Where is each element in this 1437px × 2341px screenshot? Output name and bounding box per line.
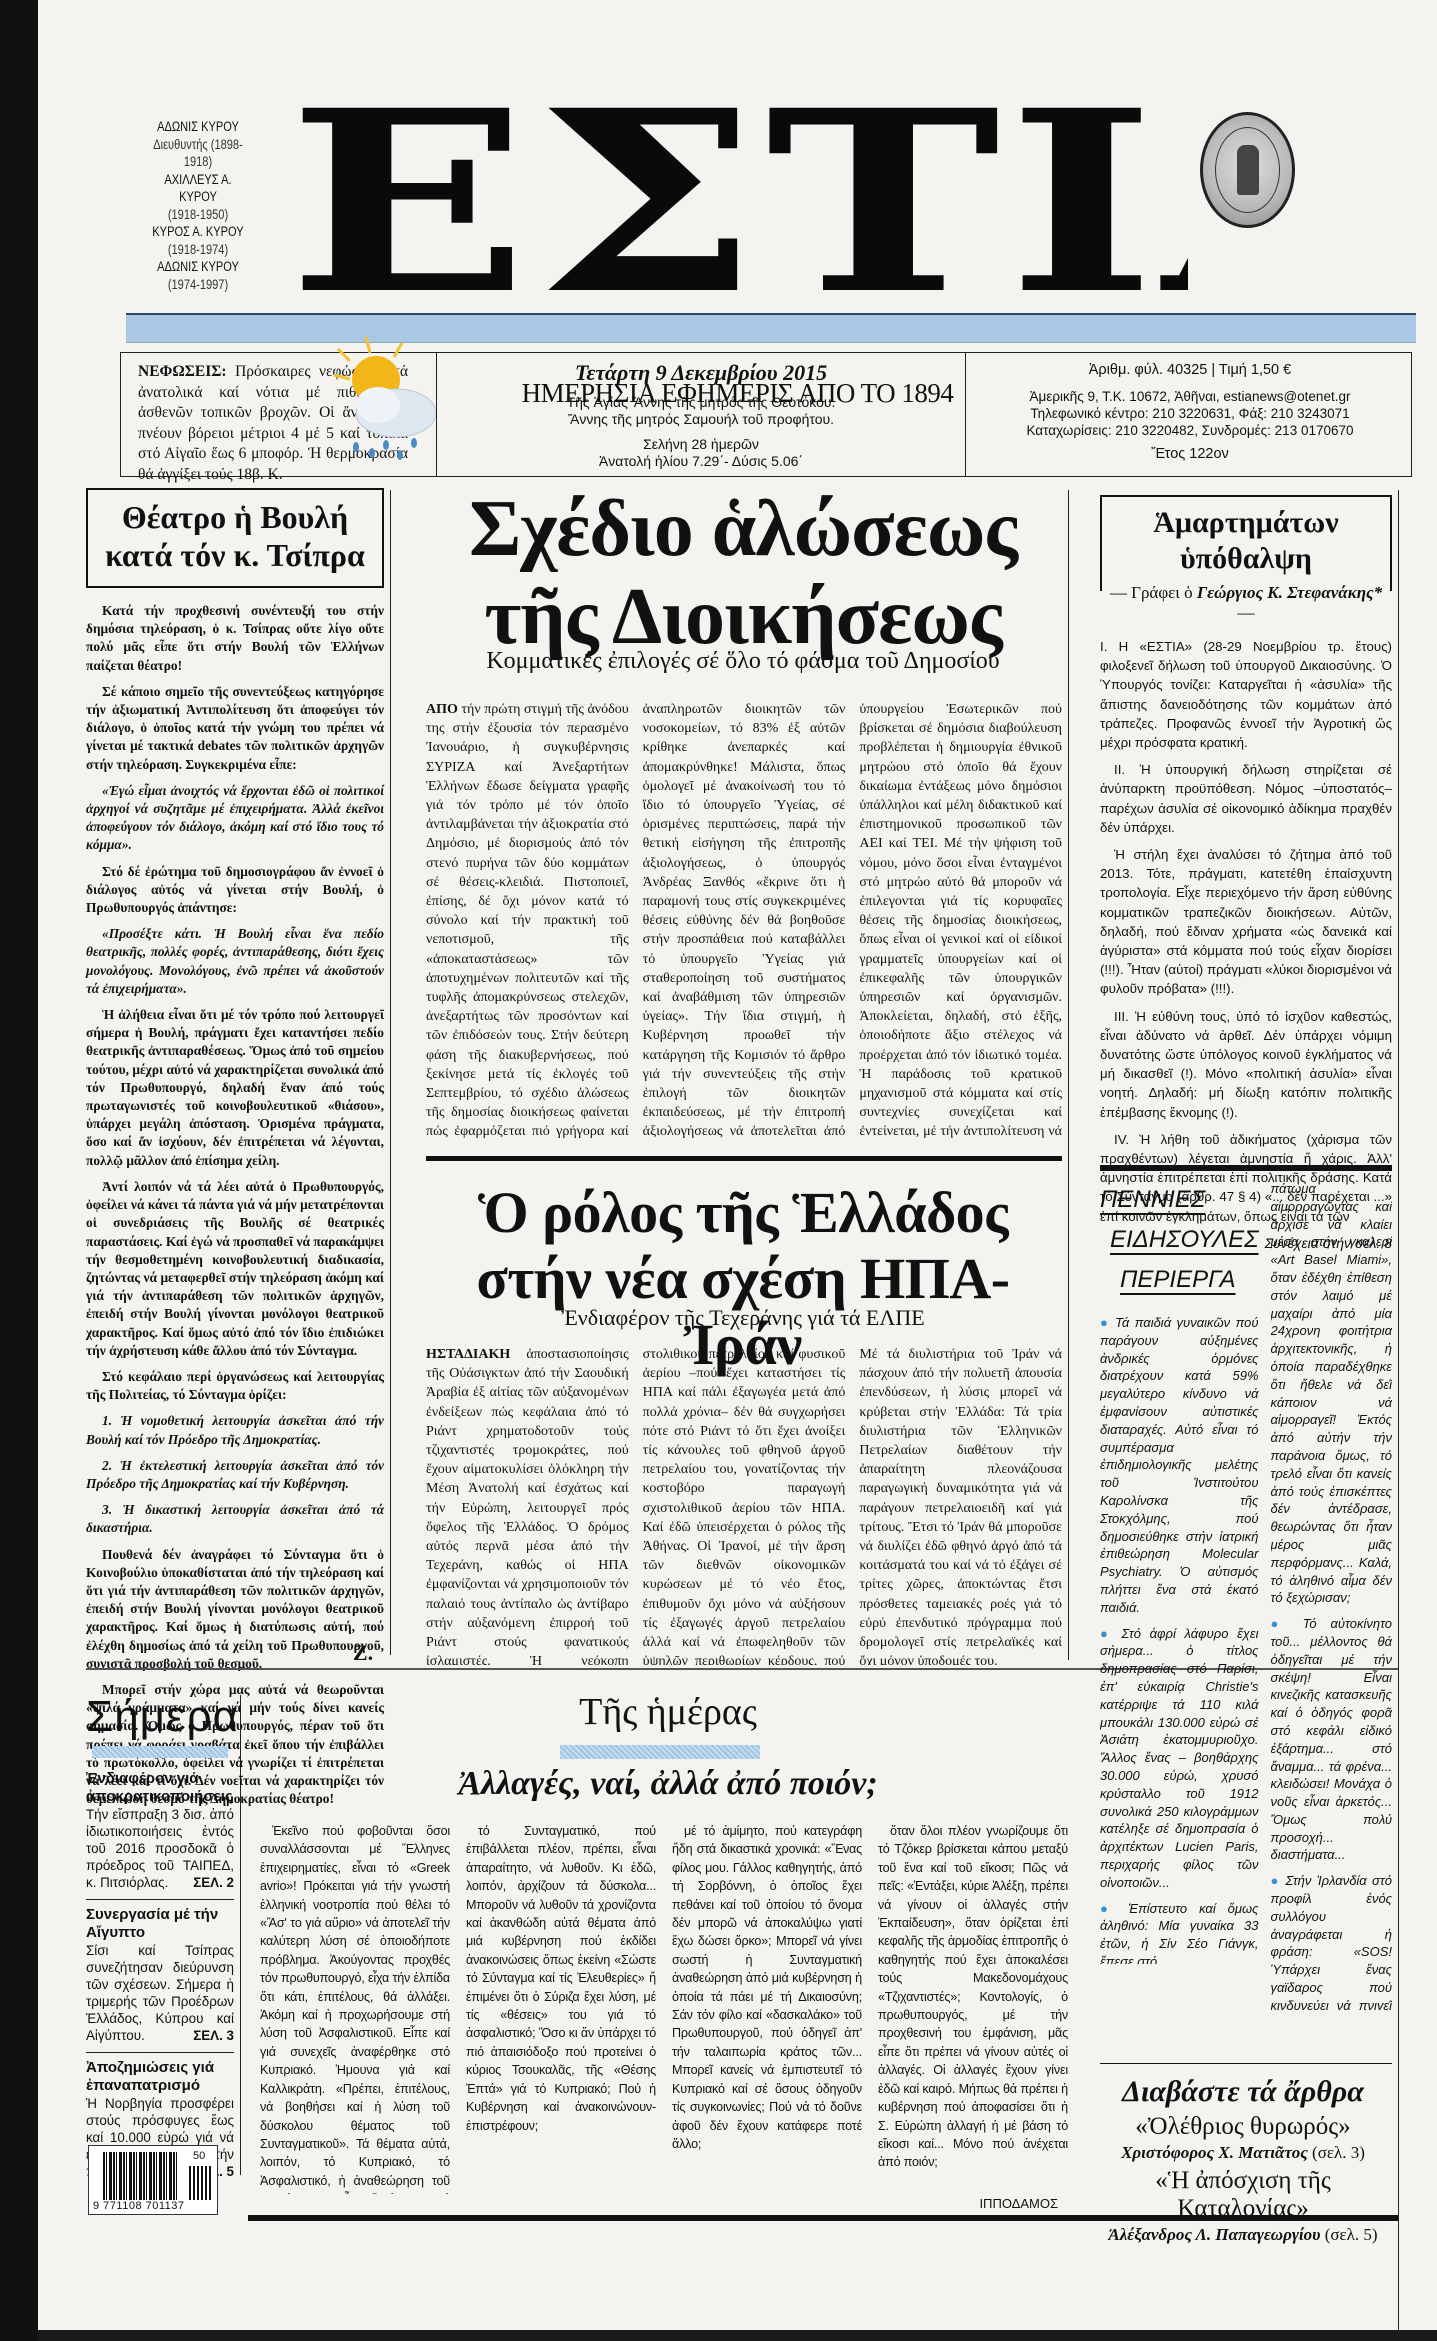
- pennies-title-line-1: Πεννιες: [1100, 1180, 1259, 1220]
- constitution-item: 2. Ἡ ἐκτελεστική λειτουργία ἀσκεῖται ἀπό…: [86, 1457, 384, 1493]
- lead-word: ΑΠΟ: [426, 702, 458, 717]
- right-article-body: I. Η «ΕΣΤΙΑ» (28-29 Νοεμβρίου τρ. ἔτους)…: [1100, 637, 1392, 1253]
- title-underline: [560, 1745, 760, 1759]
- byline-author: Γεώργιος Κ. Στεφανάκης*: [1197, 583, 1382, 602]
- pennies-text-col-2: πάτωμα αἱμορραγῶντας καί ἄρχισε νά κλαίε…: [1271, 1180, 1393, 2010]
- main-story-col-2: ἀναπληρωτῶν διοικητῶν τῶν νοσοκομείων, τ…: [643, 700, 846, 1140]
- section-rule: [1100, 1165, 1392, 1171]
- column-text: Μέ τά διυλιστήρια τοῦ Ἰράν νά πάσχουν ἀπ…: [859, 1345, 1062, 1665]
- right-title-line-2: ὑπόθαλψη: [1106, 541, 1386, 577]
- article-link-2-byline: Ἀλέξανδρος Λ. Παπαγεωργίου (σελ. 5): [1088, 2225, 1398, 2245]
- author: Χριστόφορος Χ. Ματιᾶτος: [1121, 2143, 1308, 2162]
- today-item-headline: Ἀποζημιώσεις γιά ἐπαναπατρισμό: [86, 2059, 234, 2095]
- column-text: Ἐκεῖνο πού φοβοῦνται ὅσοι συναλλάσσονται…: [260, 1822, 450, 2194]
- today-item-text: Τήν εἴσπραξη 3 δισ. ἀπό ἰδιωτικοποιήσεις…: [86, 1806, 234, 1891]
- athena-seal-icon: [1200, 112, 1295, 228]
- byline: — Γράφει ὁ Γεώργιος Κ. Στεφανάκης* —: [1100, 583, 1392, 623]
- pennies-box: Πεννιες Ειδησουλες Περιεργα ● Τά παιδιά …: [1100, 1180, 1392, 2010]
- column-text: τήν πρώτη στιγμή τῆς ἀνόδου της στήν ἐξο…: [426, 702, 629, 1140]
- founder-4: ΑΔΩΝΙΣ ΚΥΡΟΥ(1974-1997): [149, 258, 247, 293]
- today-item[interactable]: Ἐνδιαφέρον γιά ἀποκρατικοποιήσεις Τήν εἴ…: [86, 1764, 234, 1900]
- today-item-headline: Ἐνδιαφέρον γιά ἀποκρατικοποιήσεις: [86, 1770, 234, 1806]
- page-ref: ΣΕΛ. 3: [193, 2027, 234, 2044]
- barcode-number: 9 771108 701137: [93, 2200, 185, 2212]
- main-headline-line-1: Σχέδιο ἁλώσεως: [423, 485, 1063, 573]
- phones: Τηλεφωνικό κέντρο: 210 3220631, Φάξ: 210…: [968, 405, 1412, 422]
- main-headline: Σχέδιο ἁλώσεως τῆς Διοικήσεως: [423, 485, 1063, 661]
- newspaper-logo: ΕΣΤΙΑ: [288, 95, 1188, 310]
- moon-info: Σελήνη 28 ἡμερῶν: [437, 436, 965, 453]
- ads-subscriptions: Καταχωρίσεις: 210 3220482, Συνδρομές: 21…: [968, 422, 1412, 439]
- main-story-body: ΑΠΟ τήν πρώτη στιγμή τῆς ἀνόδου της στήν…: [426, 700, 1062, 1140]
- paragraph: Ἀντί λοιπόν νά τά λέει αὐτά ὁ Πρωθυπουργ…: [86, 1178, 384, 1360]
- iran-story-col-3: Μέ τά διυλιστήρια τοῦ Ἰράν νά πάσχουν ἀπ…: [859, 1345, 1062, 1665]
- column-divider: [1398, 490, 1399, 2330]
- author: Ἀλέξανδρος Λ. Παπαγεωργίου: [1108, 2225, 1320, 2244]
- news-item: πάτωμα αἱμορραγῶντας καί ἄρχισε νά κλαίε…: [1271, 1180, 1393, 1607]
- main-story-col-3: ὑπουργείου Ἐσωτερικῶν πού βρίσκεται σέ δ…: [859, 700, 1062, 1140]
- paragraph: Ἡ ἀλήθεια εἶναι ὅτι μέ τόν τρόπο πού λει…: [86, 1006, 384, 1170]
- paragraph: I. Η «ΕΣΤΙΑ» (28-29 Νοεμβρίου τρ. ἔτους)…: [1100, 637, 1392, 752]
- article-link-1-byline: Χριστόφορος Χ. Ματιᾶτος (σελ. 3): [1088, 2143, 1398, 2163]
- pennies-col-1: Πεννιες Ειδησουλες Περιεργα ● Τά παιδιά …: [1100, 1180, 1259, 2010]
- paragraph: Ἡ στήλη ἔχει ἀναλύσει τό ζήτημα ἀπό τοῦ …: [1100, 845, 1392, 999]
- masthead-band: [126, 313, 1416, 343]
- main-story-col-1: ΑΠΟ τήν πρώτη στιγμή τῆς ἀνόδου της στήν…: [426, 700, 629, 1140]
- constitution-item: 1. Ἡ νομοθετική λειτουργία ἀσκεῖται ἀπό …: [86, 1412, 384, 1448]
- section-rule: [426, 1156, 1062, 1161]
- paragraph: Στό δέ ἐρώτημα τοῦ δημοσιογράφου ἄν ἐννο…: [86, 863, 384, 918]
- lead-word: ΗΣΤΑΔΙΑΚΗ: [426, 1347, 510, 1362]
- editorial-signature: Ζ.: [353, 1640, 373, 1666]
- byline-prefix: Γράφει ὁ: [1131, 583, 1193, 602]
- pennies-title-line-2: Ειδησουλες: [1100, 1220, 1259, 1260]
- sunrise-sunset: Ἀνατολή ἡλίου 7.29΄- Δύσις 5.06΄: [437, 453, 965, 470]
- pennies-title-line-3: Περιεργα: [1100, 1260, 1259, 1300]
- of-the-day-title: Τῆς ἡμέρας: [263, 1690, 1073, 1734]
- right-title-box: Ἁμαρτημάτων ὑπόθαλψη: [1100, 495, 1392, 591]
- paragraph: III. Ἡ εὐθύνη τους, ὑπό τό ἰσχῦον καθεστ…: [1100, 1007, 1392, 1122]
- column-text: ἀποστασιοποίησις τῆς Οὐάσιγκτων ἀπό τήν …: [426, 1347, 629, 1665]
- iran-story-col-2: στολιθικοῦ πετρελαίου καί φυσικοῦ ἀερίου…: [643, 1345, 846, 1665]
- paragraph: II. Ἡ ὑπουργική δήλωση στηρίζεται σέ ἀνύ…: [1100, 760, 1392, 837]
- barcode: 50 9 771108 701137: [88, 2145, 218, 2215]
- founder-1: ΑΔΩΝΙΣ ΚΥΡΟΥΔιευθυντής (1898-1918): [149, 118, 247, 171]
- main-subheadline: Κομματικές ἐπιλογές σέ ὅλο τό φάσμα τοῦ …: [423, 648, 1063, 675]
- page-ref: ΣΕΛ. 2: [193, 1874, 234, 1891]
- section-rule: [248, 2215, 1398, 2221]
- column-divider: [1068, 490, 1069, 1660]
- founder-3: ΚΥΡΟΣ Α. ΚΥΡΟΥ(1918-1974): [149, 223, 247, 258]
- editorial-title-box: Θέατρο ἡ Βουλή κατά τόν κ. Τσίπρα: [86, 488, 384, 588]
- quote-paragraph: «Ἐγώ εἶμαι ἀνοιχτός νά ἔρχονται ἐδῶ οἱ π…: [86, 782, 384, 855]
- issue-date: Τετάρτη 9 Δεκεμβρίου 2015: [437, 360, 965, 386]
- pennies-title: Πεννιες Ειδησουλες Περιεργα: [1100, 1180, 1259, 1300]
- title-underline: [92, 1746, 228, 1758]
- paragraph: Κατά τήν προχθεσινή συνέντευξή του στήν …: [86, 602, 384, 675]
- right-title-line-1: Ἁμαρτημάτων: [1106, 505, 1386, 541]
- news-item: Τά παιδιά γυναικῶν πού παράγουν αὐξημένε…: [1100, 1315, 1259, 1615]
- date-box: Τετάρτη 9 Δεκεμβρίου 2015 Τῆς Ἁγίας Ἄννη…: [436, 352, 966, 477]
- news-item: Στήν Ἰρλανδία στό προφίλ ἑνός συλλόγου ἀ…: [1271, 1873, 1393, 2010]
- column-divider: [390, 490, 391, 1655]
- iran-subheadline: Ἐνδιαφέρον τῆς Τεχεράνης γιά τά ΕΛΠΕ: [423, 1305, 1063, 1331]
- news-item: Στό ἀφρί λάφυρο ἔχει σήμερα... ὁ τίτλος …: [1100, 1626, 1259, 1890]
- news-item: Τό αὐτοκίνητο τοῦ... μέλλοντος θά ὁδηγεῖ…: [1271, 1616, 1393, 1862]
- today-item-text: Σίσι καί Τσίπρας συνεζήτησαν διεύρυνση τ…: [86, 1942, 234, 2044]
- left-editorial: Θέατρο ἡ Βουλή κατά τόν κ. Τσίπρα Κατά τ…: [86, 488, 384, 1816]
- paragraph: Σέ κάποιο σημεῖο τῆς συνεντεύξεως κατηγό…: [86, 683, 384, 774]
- paragraph: Στό κεφάλαιο περί ὀργανώσεως καί λειτουρ…: [86, 1368, 384, 1404]
- iran-story-body: ΗΣΤΑΔΙΑΚΗ ἀποστασιοποίησις τῆς Οὐάσιγκτω…: [426, 1345, 1062, 1665]
- saints-line-2: Ἄννης τῆς μητρός Σαμουήλ τοῦ προφήτου.: [437, 411, 965, 428]
- of-the-day-headline: Ἀλλαγές, ναί, ἀλλά ἀπό ποιόν;: [263, 1765, 1073, 1803]
- pennies-text-col-1: ● Τά παιδιά γυναικῶν πού παράγουν αὐξημέ…: [1100, 1314, 1259, 1964]
- quote-paragraph: «Προσέξτε κάτι. Ἡ Βουλή εἶναι ἕνα πεδίο …: [86, 925, 384, 998]
- right-column-article: Ἁμαρτημάτων ὑπόθαλψη — Γράφει ὁ Γεώργιος…: [1100, 495, 1392, 1261]
- newspaper-front-page: ΑΔΩΝΙΣ ΚΥΡΟΥΔιευθυντής (1898-1918) ΑΧΙΛΛ…: [38, 0, 1437, 2341]
- barcode-addon: 50: [193, 2150, 205, 2162]
- column-text: τό Συνταγματικό, πού ἐπιβάλλεται πλέον, …: [466, 1822, 656, 2194]
- today-box: Σήμερα Ἐνδιαφέρον γιά ἀποκρατικοποιήσεις…: [86, 1692, 234, 2188]
- founders-list: ΑΔΩΝΙΣ ΚΥΡΟΥΔιευθυντής (1898-1918) ΑΧΙΛΛ…: [149, 118, 247, 293]
- sun-cloud-rain-icon: [326, 335, 436, 455]
- today-item-headline: Συνεργασία μέ τήν Αἴγυπτο: [86, 1906, 234, 1942]
- page-bottom-edge: [38, 2330, 1437, 2341]
- year-number: Ἔτος 122ον: [968, 446, 1412, 463]
- of-the-day-signature: ΙΠΠΟΔΑΜΟΣ: [918, 2196, 1058, 2211]
- article-link-1-title[interactable]: «Ὀλέθριος θυρωρός»: [1088, 2113, 1398, 2141]
- editorial-body: Κατά τήν προχθεσινή συνέντευξή του στήν …: [86, 602, 384, 1808]
- iran-headline-line-1: Ὁ ρόλος τῆς Ἑλλάδος: [423, 1180, 1063, 1246]
- founder-2: ΑΧΙΛΛΕΥΣ Α. ΚΥΡΟΥ(1918-1950): [149, 171, 247, 224]
- page-ref: (σελ. 5): [1325, 2225, 1378, 2244]
- editorial-title-line-1: Θέατρο ἡ Βουλή: [92, 498, 378, 536]
- logo-wrap: ΕΣΤΙΑ: [288, 95, 1188, 310]
- today-item[interactable]: Συνεργασία μέ τήν Αἴγυπτο Σίσι καί Τσίπρ…: [86, 1900, 234, 2053]
- constitution-item: 3. Ἡ δικαστική λειτουργία ἀσκεῖται ἀπό τ…: [86, 1501, 384, 1537]
- news-item: Ἐπίστευτο καί ὅμως ἀληθινό: Μία γυναίκα …: [1100, 1901, 1259, 1965]
- address: Ἀμερικῆς 9, Τ.Κ. 10672, Ἀθῆναι, estianew…: [968, 388, 1412, 405]
- read-articles-title: Διαβάστε τά ἄρθρα: [1088, 2075, 1398, 2109]
- section-rule: [1100, 2063, 1392, 2064]
- today-title: Σήμερα: [86, 1692, 234, 1742]
- column-text: μέ τό ἀμίμητο, πού κατεγράφη ἤδη στά δικ…: [672, 1822, 862, 2194]
- of-the-day-body: Ἐκεῖνο πού φοβοῦνται ὅσοι συναλλάσσονται…: [260, 1822, 1068, 2194]
- paragraph: Πουθενά δέν ἀναγράφει τό Σύνταγμα ὅτι ὁ …: [86, 1546, 384, 1673]
- column-text: ὅταν ὅλοι πλέον γνωρίζουμε ὅτι τό Τζόκερ…: [878, 1822, 1068, 2194]
- page-ref: (σελ. 3): [1312, 2143, 1365, 2162]
- saints-line-1: Τῆς Ἁγίας Ἄννης τῆς μητρός τῆς Θεοτόκου.: [437, 394, 965, 411]
- weather-label: ΝΕΦΩΣΕΙΣ:: [138, 363, 227, 380]
- issue-number-price: Ἀριθμ. φύλ. 40325 | Τιμή 1,50 €: [968, 362, 1412, 379]
- editorial-title-line-2: κατά τόν κ. Τσίπρα: [92, 536, 378, 574]
- publication-info: Ἀριθμ. φύλ. 40325 | Τιμή 1,50 € Ἀμερικῆς…: [968, 352, 1412, 480]
- iran-story-col-1: ΗΣΤΑΔΙΑΚΗ ἀποστασιοποίησις τῆς Οὐάσιγκτω…: [426, 1345, 629, 1665]
